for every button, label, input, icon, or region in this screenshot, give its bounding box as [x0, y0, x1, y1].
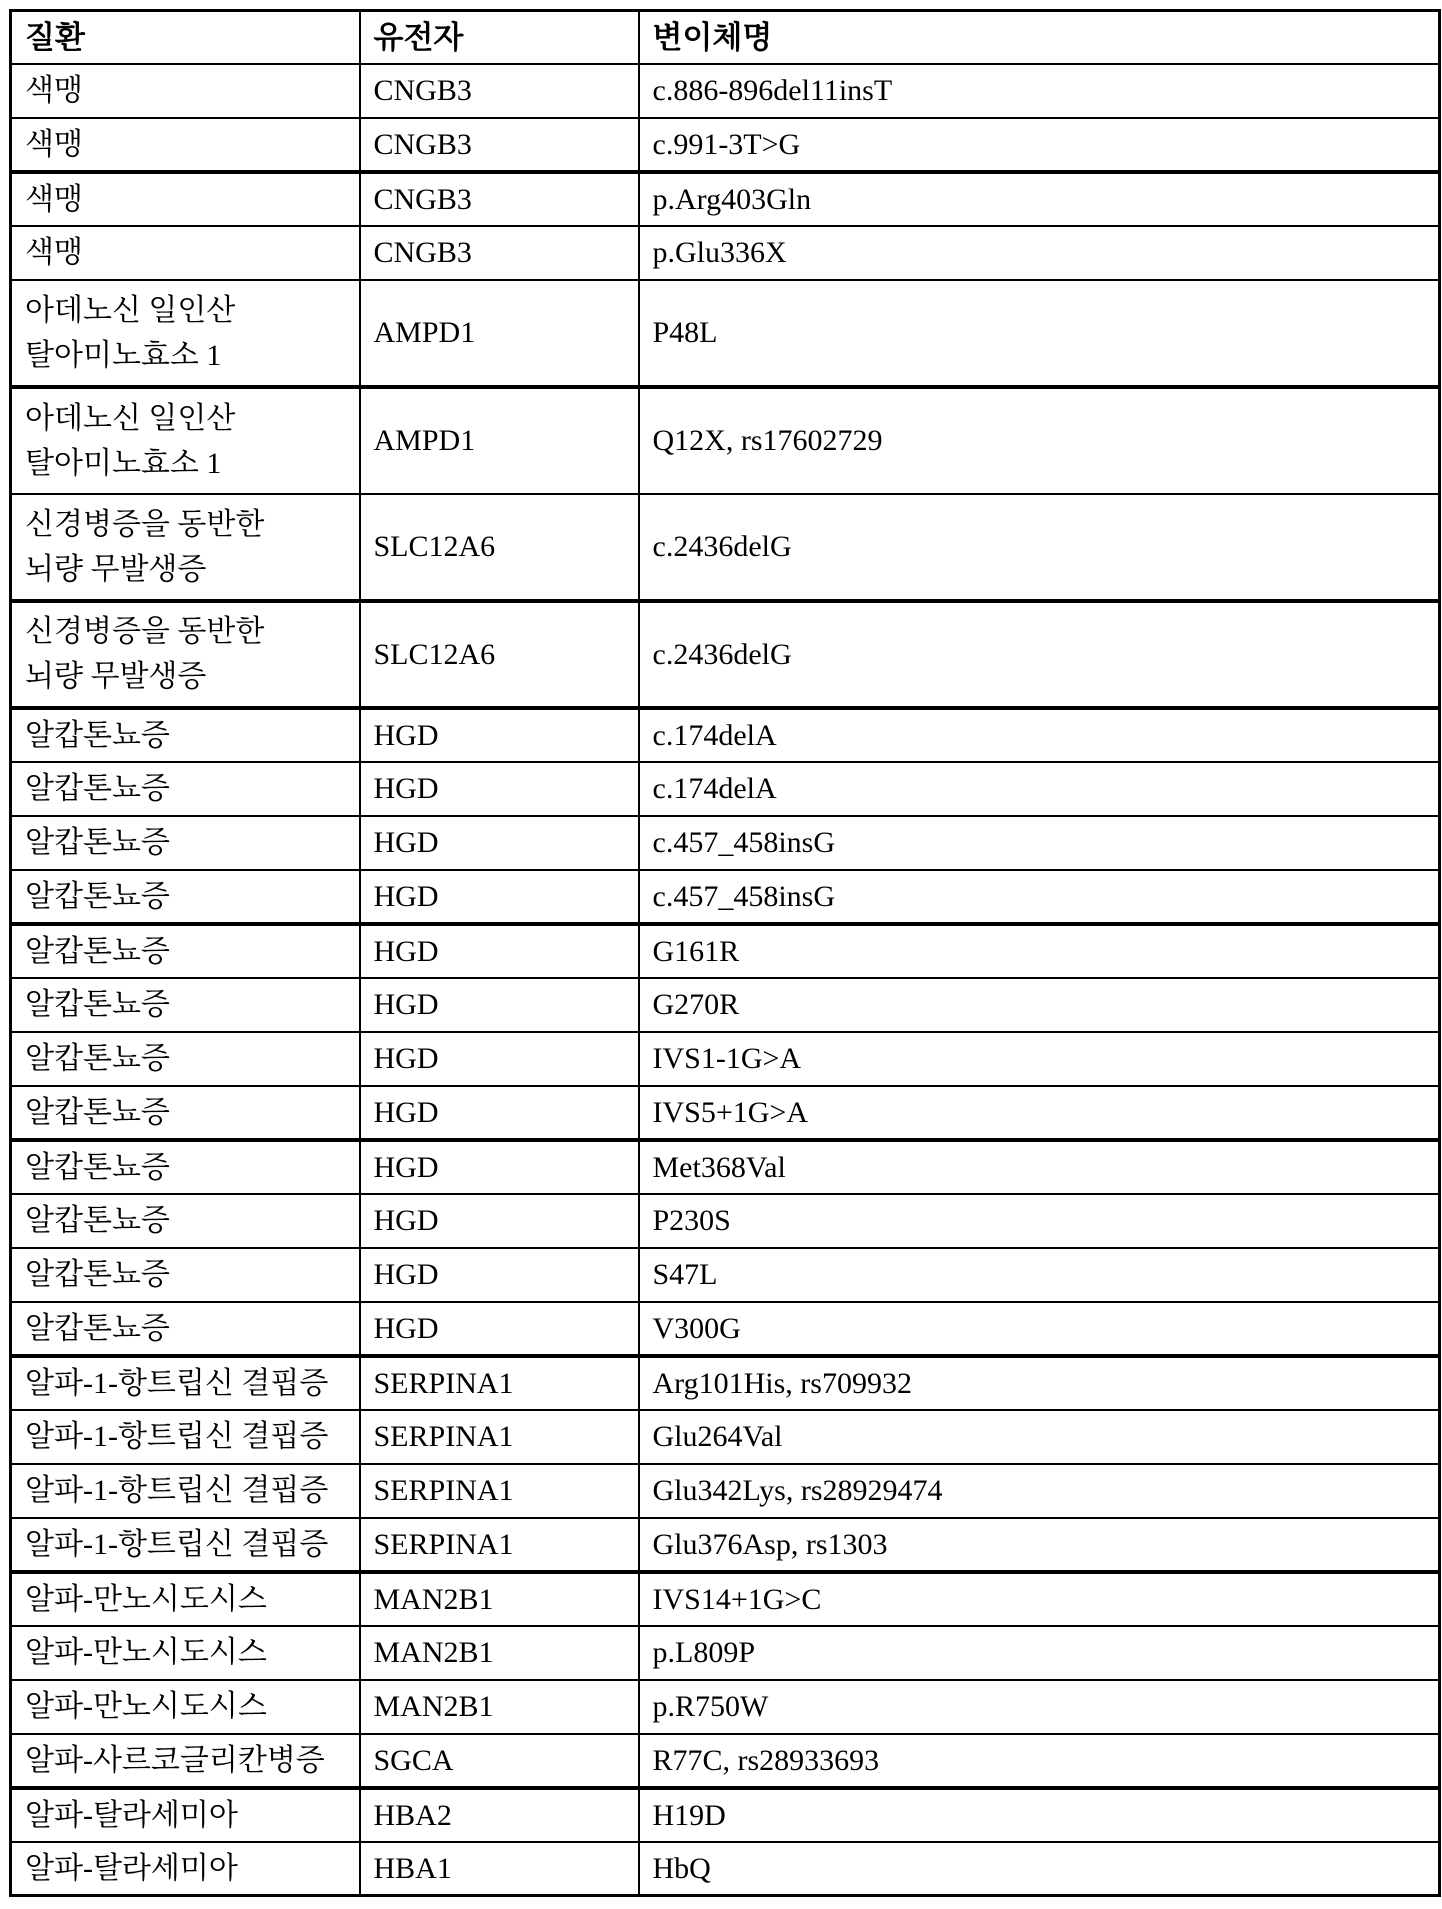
variant-cell: c.991-3T>G	[639, 118, 1440, 172]
table-row: 알캅톤뇨증 HGD Met368Val	[11, 1140, 1440, 1194]
variant-cell: G270R	[639, 978, 1440, 1032]
table-row: 알캅톤뇨증 HGD c.457_458insG	[11, 870, 1440, 924]
variant-cell: c.457_458insG	[639, 816, 1440, 870]
disease-line: 아데노신 일인산	[25, 288, 353, 333]
gene-cell: HGD	[360, 708, 639, 762]
disease-cell: 색맹	[11, 226, 360, 280]
disease-cell: 아데노신 일인산탈아미노효소 1	[11, 387, 360, 494]
variant-cell: p.Arg403Gln	[639, 172, 1440, 226]
table-row: 색맹 CNGB3 c.991-3T>G	[11, 118, 1440, 172]
variant-cell: Glu264Val	[639, 1410, 1440, 1464]
disease-line: 알파-1-항트립신 결핍증	[25, 1468, 353, 1513]
gene-cell: SGCA	[360, 1734, 639, 1788]
disease-cell: 알파-만노시도시스	[11, 1572, 360, 1626]
table-header: 질환 유전자 변이체명	[11, 11, 1440, 64]
table-row: 알캅톤뇨증 HGD c.174delA	[11, 708, 1440, 762]
disease-line: 알캅톤뇨증	[25, 820, 353, 865]
table-row: 신경병증을 동반한뇌량 무발생증 SLC12A6 c.2436delG	[11, 494, 1440, 601]
table-row: 알파-만노시도시스 MAN2B1 p.L809P	[11, 1626, 1440, 1680]
disease-line: 알파-탈라세미아	[25, 1793, 353, 1838]
gene-cell: SERPINA1	[360, 1518, 639, 1572]
table-row: 알파-만노시도시스 MAN2B1 IVS14+1G>C	[11, 1572, 1440, 1626]
variant-cell: Q12X, rs17602729	[639, 387, 1440, 494]
table-row: 알캅톤뇨증 HGD S47L	[11, 1248, 1440, 1302]
disease-cell: 알캅톤뇨증	[11, 870, 360, 924]
disease-line: 알캅톤뇨증	[25, 1198, 353, 1243]
gene-cell: SERPINA1	[360, 1356, 639, 1410]
disease-cell: 색맹	[11, 64, 360, 118]
variant-cell: IVS14+1G>C	[639, 1572, 1440, 1626]
table-row: 색맹 CNGB3 c.886-896del11insT	[11, 64, 1440, 118]
gene-cell: SERPINA1	[360, 1410, 639, 1464]
gene-cell: HGD	[360, 1248, 639, 1302]
disease-cell: 색맹	[11, 172, 360, 226]
disease-line: 탈아미노효소 1	[25, 441, 353, 486]
disease-line: 알캅톤뇨증	[25, 929, 353, 974]
table-row: 알파-1-항트립신 결핍증 SERPINA1 Arg101His, rs7099…	[11, 1356, 1440, 1410]
disease-cell: 알파-만노시도시스	[11, 1680, 360, 1734]
table-row: 신경병증을 동반한뇌량 무발생증 SLC12A6 c.2436delG	[11, 601, 1440, 708]
disease-cell: 알캅톤뇨증	[11, 1086, 360, 1140]
column-header-gene: 유전자	[360, 11, 639, 64]
table-row: 알파-1-항트립신 결핍증 SERPINA1 Glu264Val	[11, 1410, 1440, 1464]
variant-cell: p.R750W	[639, 1680, 1440, 1734]
variant-cell: R77C, rs28933693	[639, 1734, 1440, 1788]
variant-cell: HbQ	[639, 1842, 1440, 1896]
table-row: 알캅톤뇨증 HGD P230S	[11, 1194, 1440, 1248]
table-row: 알파-사르코글리칸병증 SGCA R77C, rs28933693	[11, 1734, 1440, 1788]
header-row: 질환 유전자 변이체명	[11, 11, 1440, 64]
variant-cell: S47L	[639, 1248, 1440, 1302]
gene-cell: CNGB3	[360, 64, 639, 118]
disease-line: 알캅톤뇨증	[25, 1090, 353, 1135]
variant-cell: p.L809P	[639, 1626, 1440, 1680]
disease-line: 뇌량 무발생증	[25, 654, 353, 699]
variant-cell: Met368Val	[639, 1140, 1440, 1194]
gene-cell: MAN2B1	[360, 1626, 639, 1680]
disease-cell: 알파-1-항트립신 결핍증	[11, 1464, 360, 1518]
table-row: 알파-탈라세미아 HBA2 H19D	[11, 1788, 1440, 1842]
gene-cell: MAN2B1	[360, 1572, 639, 1626]
disease-line: 알캅톤뇨증	[25, 1252, 353, 1297]
disease-cell: 알파-사르코글리칸병증	[11, 1734, 360, 1788]
table-row: 알캅톤뇨증 HGD c.457_458insG	[11, 816, 1440, 870]
variant-cell: P230S	[639, 1194, 1440, 1248]
variant-cell: V300G	[639, 1302, 1440, 1356]
variant-cell: G161R	[639, 924, 1440, 978]
disease-line: 알캅톤뇨증	[25, 713, 353, 758]
variant-cell: P48L	[639, 280, 1440, 387]
disease-line: 뇌량 무발생증	[25, 547, 353, 592]
disease-line: 알파-만노시도시스	[25, 1630, 353, 1675]
variant-cell: p.Glu336X	[639, 226, 1440, 280]
disease-cell: 알파-만노시도시스	[11, 1626, 360, 1680]
table-row: 아데노신 일인산탈아미노효소 1 AMPD1 P48L	[11, 280, 1440, 387]
table-row: 알파-1-항트립신 결핍증 SERPINA1 Glu376Asp, rs1303	[11, 1518, 1440, 1572]
gene-cell: HGD	[360, 762, 639, 816]
disease-line: 색맹	[25, 177, 353, 222]
variant-cell: c.2436delG	[639, 494, 1440, 601]
disease-cell: 알캅톤뇨증	[11, 1194, 360, 1248]
gene-cell: CNGB3	[360, 226, 639, 280]
gene-cell: HBA1	[360, 1842, 639, 1896]
gene-cell: AMPD1	[360, 280, 639, 387]
disease-cell: 알캅톤뇨증	[11, 1140, 360, 1194]
disease-line: 색맹	[25, 122, 353, 167]
gene-cell: HGD	[360, 1194, 639, 1248]
disease-cell: 알캅톤뇨증	[11, 924, 360, 978]
disease-cell: 알캅톤뇨증	[11, 1248, 360, 1302]
gene-cell: HGD	[360, 924, 639, 978]
table-row: 아데노신 일인산탈아미노효소 1 AMPD1 Q12X, rs17602729	[11, 387, 1440, 494]
disease-cell: 알파-1-항트립신 결핍증	[11, 1356, 360, 1410]
variant-cell: c.886-896del11insT	[639, 64, 1440, 118]
gene-cell: MAN2B1	[360, 1680, 639, 1734]
disease-cell: 색맹	[11, 118, 360, 172]
disease-line: 알캅톤뇨증	[25, 874, 353, 919]
table-row: 알파-탈라세미아 HBA1 HbQ	[11, 1842, 1440, 1896]
table-row: 알캅톤뇨증 HGD IVS5+1G>A	[11, 1086, 1440, 1140]
disease-cell: 신경병증을 동반한뇌량 무발생증	[11, 601, 360, 708]
variant-cell: Arg101His, rs709932	[639, 1356, 1440, 1410]
disease-cell: 알캅톤뇨증	[11, 762, 360, 816]
gene-cell: CNGB3	[360, 172, 639, 226]
gene-cell: HGD	[360, 978, 639, 1032]
gene-cell: SLC12A6	[360, 601, 639, 708]
table-row: 알파-1-항트립신 결핍증 SERPINA1 Glu342Lys, rs2892…	[11, 1464, 1440, 1518]
table-row: 알캅톤뇨증 HGD IVS1-1G>A	[11, 1032, 1440, 1086]
disease-cell: 알캅톤뇨증	[11, 978, 360, 1032]
variant-cell: Glu376Asp, rs1303	[639, 1518, 1440, 1572]
disease-line: 신경병증을 동반한	[25, 609, 353, 654]
disease-line: 알캅톤뇨증	[25, 1145, 353, 1190]
variant-cell: c.457_458insG	[639, 870, 1440, 924]
table-row: 알캅톤뇨증 HGD G161R	[11, 924, 1440, 978]
disease-line: 알파-1-항트립신 결핍증	[25, 1361, 353, 1406]
disease-line: 알파-만노시도시스	[25, 1577, 353, 1622]
disease-line: 알파-1-항트립신 결핍증	[25, 1414, 353, 1459]
table-row: 색맹 CNGB3 p.Glu336X	[11, 226, 1440, 280]
gene-cell: HGD	[360, 1302, 639, 1356]
disease-line: 알캅톤뇨증	[25, 766, 353, 811]
variant-cell: IVS5+1G>A	[639, 1086, 1440, 1140]
disease-cell: 아데노신 일인산탈아미노효소 1	[11, 280, 360, 387]
table-row: 색맹 CNGB3 p.Arg403Gln	[11, 172, 1440, 226]
disease-cell: 알캅톤뇨증	[11, 816, 360, 870]
disease-cell: 알파-탈라세미아	[11, 1788, 360, 1842]
gene-cell: HGD	[360, 1140, 639, 1194]
column-header-disease: 질환	[11, 11, 360, 64]
disease-cell: 알파-탈라세미아	[11, 1842, 360, 1896]
disease-line: 신경병증을 동반한	[25, 502, 353, 547]
gene-cell: HGD	[360, 870, 639, 924]
variant-cell: IVS1-1G>A	[639, 1032, 1440, 1086]
disease-cell: 알파-1-항트립신 결핍증	[11, 1410, 360, 1464]
gene-cell: HGD	[360, 816, 639, 870]
variant-cell: c.2436delG	[639, 601, 1440, 708]
gene-cell: SLC12A6	[360, 494, 639, 601]
disease-cell: 알캅톤뇨증	[11, 1302, 360, 1356]
disease-cell: 신경병증을 동반한뇌량 무발생증	[11, 494, 360, 601]
disease-line: 색맹	[25, 68, 353, 113]
table-row: 알파-만노시도시스 MAN2B1 p.R750W	[11, 1680, 1440, 1734]
disease-line: 알캅톤뇨증	[25, 1036, 353, 1081]
variant-cell: c.174delA	[639, 762, 1440, 816]
variant-cell: H19D	[639, 1788, 1440, 1842]
gene-cell: HGD	[360, 1032, 639, 1086]
gene-cell: AMPD1	[360, 387, 639, 494]
genetic-variant-table: 질환 유전자 변이체명 색맹 CNGB3 c.886-896del11insT …	[9, 9, 1441, 1897]
disease-line: 알파-사르코글리칸병증	[25, 1738, 353, 1783]
disease-line: 알캅톤뇨증	[25, 982, 353, 1027]
disease-line: 탈아미노효소 1	[25, 333, 353, 378]
table-body: 색맹 CNGB3 c.886-896del11insT 색맹 CNGB3 c.9…	[11, 64, 1440, 1896]
disease-line: 알파-만노시도시스	[25, 1684, 353, 1729]
disease-line: 아데노신 일인산	[25, 396, 353, 441]
variant-cell: Glu342Lys, rs28929474	[639, 1464, 1440, 1518]
table-row: 알캅톤뇨증 HGD c.174delA	[11, 762, 1440, 816]
table-row: 알캅톤뇨증 HGD G270R	[11, 978, 1440, 1032]
gene-cell: CNGB3	[360, 118, 639, 172]
disease-cell: 알파-1-항트립신 결핍증	[11, 1518, 360, 1572]
disease-line: 알캅톤뇨증	[25, 1306, 353, 1351]
disease-cell: 알캅톤뇨증	[11, 1032, 360, 1086]
gene-cell: HBA2	[360, 1788, 639, 1842]
column-header-variant: 변이체명	[639, 11, 1440, 64]
gene-cell: HGD	[360, 1086, 639, 1140]
disease-line: 알파-탈라세미아	[25, 1846, 353, 1891]
variant-cell: c.174delA	[639, 708, 1440, 762]
disease-cell: 알캅톤뇨증	[11, 708, 360, 762]
disease-line: 색맹	[25, 230, 353, 275]
gene-cell: SERPINA1	[360, 1464, 639, 1518]
table-row: 알캅톤뇨증 HGD V300G	[11, 1302, 1440, 1356]
disease-line: 알파-1-항트립신 결핍증	[25, 1522, 353, 1567]
